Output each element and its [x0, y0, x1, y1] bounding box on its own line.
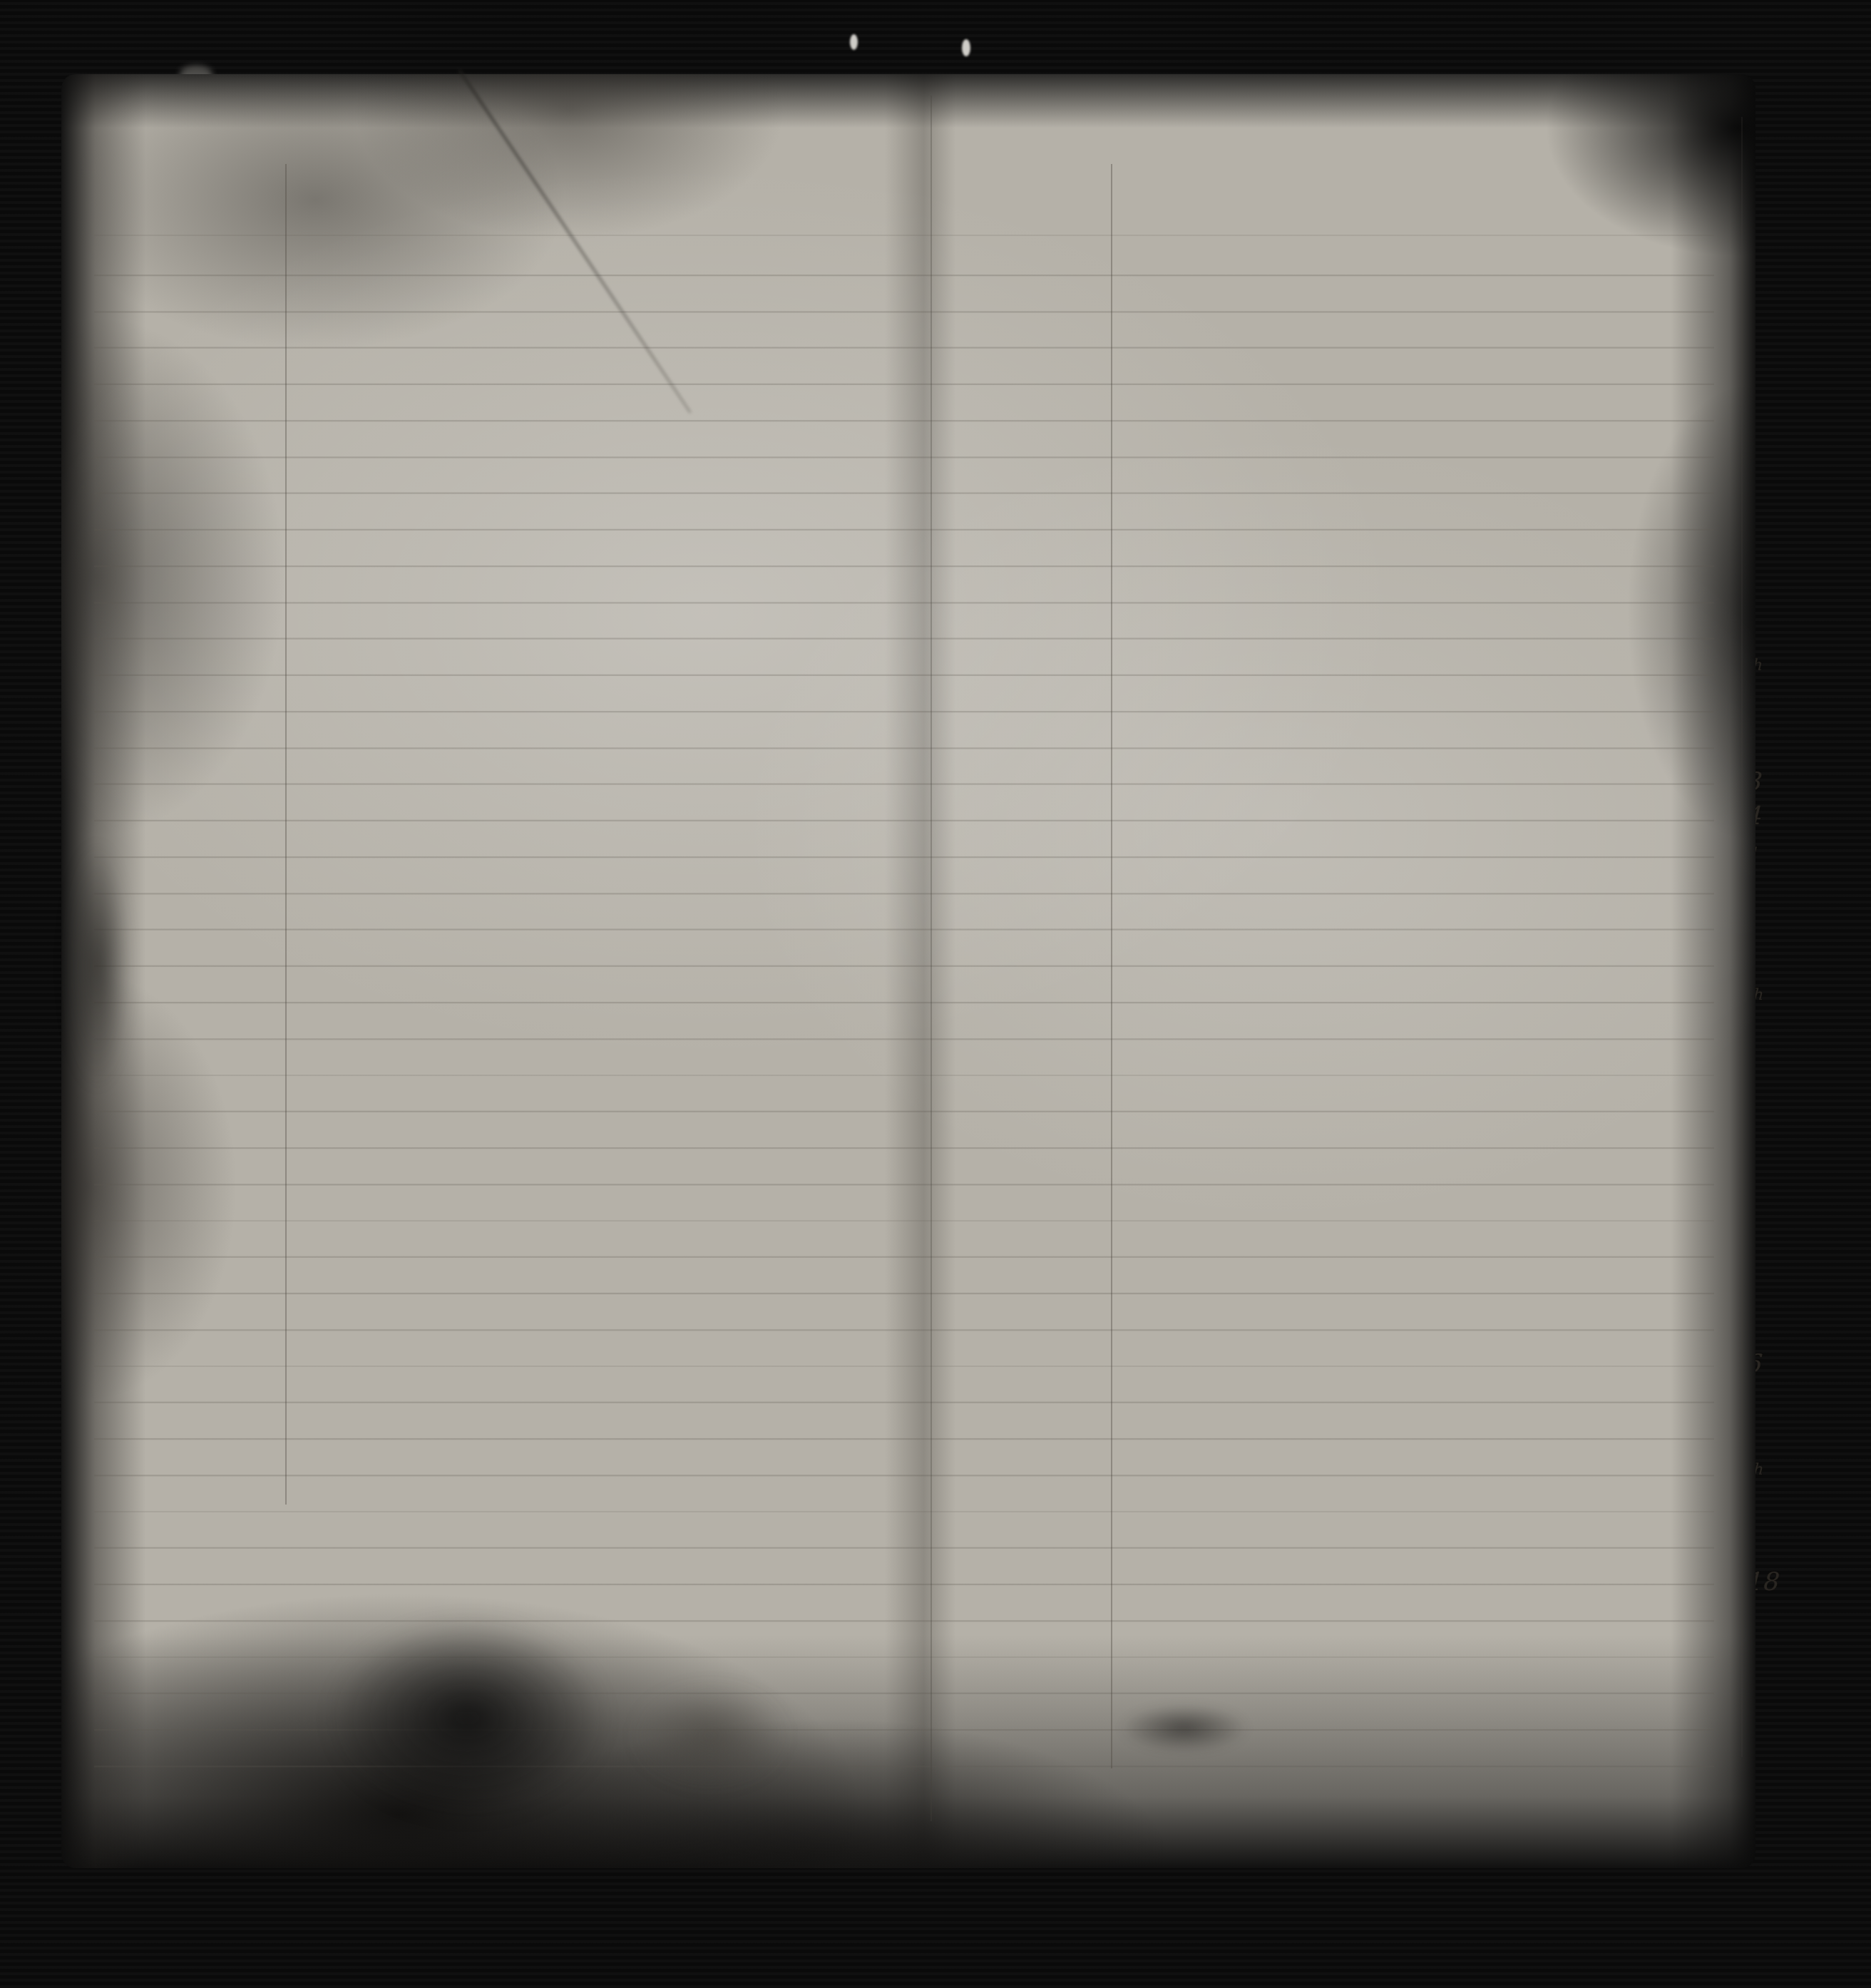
register-page — [61, 74, 1755, 1868]
paper-crease — [458, 69, 692, 414]
edge-stain — [54, 801, 140, 1129]
smudge — [603, 1664, 817, 1807]
page-fold-rule — [931, 96, 932, 1821]
ink-stain — [275, 1579, 660, 1857]
edge-rule-right — [1741, 117, 1743, 1757]
dust-speck — [850, 34, 858, 50]
ink-smudge — [1099, 1696, 1270, 1761]
ruled-lines — [94, 208, 1714, 1776]
dust-speck — [962, 39, 970, 56]
margin-rule-right — [1111, 164, 1112, 1768]
margin-rule-left — [285, 164, 287, 1505]
